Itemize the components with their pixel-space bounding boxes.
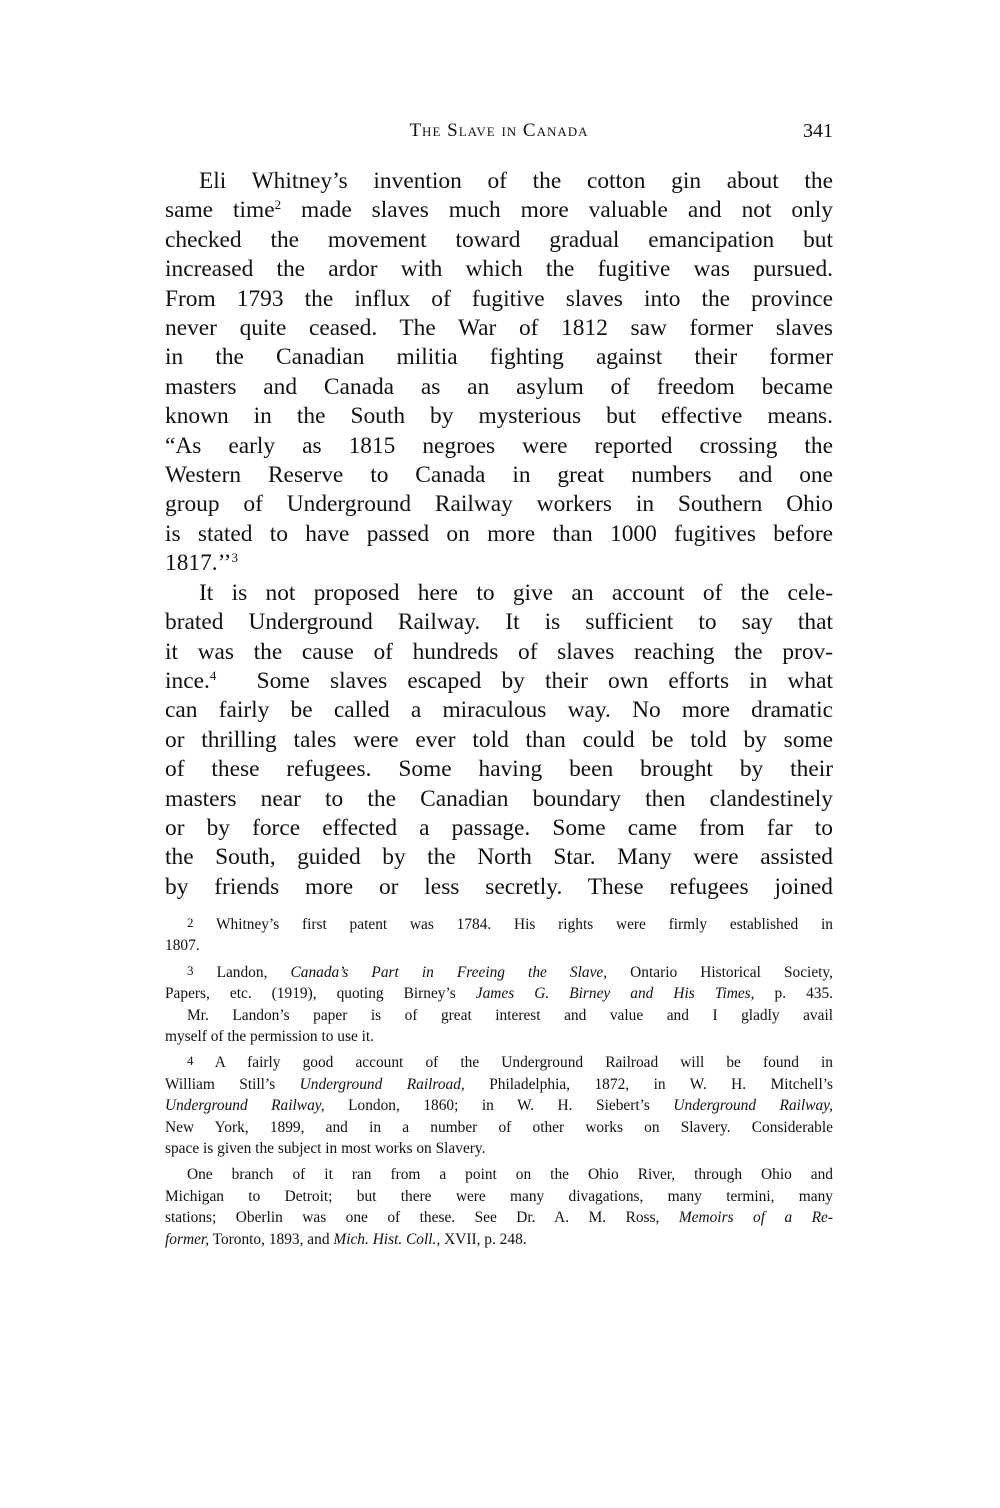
text-line: “As early as 1815 negroes were reported … xyxy=(165,432,833,461)
text-line: 1817.’’3 xyxy=(165,549,833,578)
book-title: Underground Railway, xyxy=(673,1097,833,1114)
text-line: known in the South by mysterious but eff… xyxy=(165,402,833,431)
footnote-marker: 4 xyxy=(187,1053,194,1068)
text-line: stations; Oberlin was one of these. See … xyxy=(165,1207,833,1228)
text-span: Papers, etc. (1919), quoting Birney’s xyxy=(165,985,476,1002)
text-span: Whitney’s first patent was 1784. His rig… xyxy=(216,916,833,933)
text-span: ince. xyxy=(165,668,210,694)
footnote-4: 4 A fairly good account of the Undergrou… xyxy=(165,1052,833,1159)
text-span: 1817.’’ xyxy=(165,550,231,576)
page-number: 341 xyxy=(803,120,833,143)
text-line: 4 A fairly good account of the Undergrou… xyxy=(165,1052,833,1073)
text-span: p. 435. xyxy=(755,985,834,1002)
text-line: the South, guided by the North Star. Man… xyxy=(165,843,833,872)
book-title: Memoirs of a Re- xyxy=(679,1209,833,1226)
text-span: William Still’s xyxy=(165,1076,300,1093)
text-line: or thrilling tales were ever told than c… xyxy=(165,726,833,755)
text-line: by friends more or less secretly. These … xyxy=(165,873,833,902)
footnotes: 2 Whitney’s first patent was 1784. His r… xyxy=(165,914,833,1255)
text-line: One branch of it ran from a point on the… xyxy=(165,1164,833,1185)
footnote-marker: 2 xyxy=(187,915,194,930)
text-line: 3 Landon, Canada’s Part in Freeing the S… xyxy=(165,962,833,983)
text-line: New York, 1899, and in a number of other… xyxy=(165,1117,833,1138)
text-line: masters and Canada as an asylum of freed… xyxy=(165,373,833,402)
text-line: former, Toronto, 1893, and Mich. Hist. C… xyxy=(165,1229,833,1250)
paragraph-1: Eli Whitney’s invention of the cotton gi… xyxy=(165,167,833,579)
text-span: London, 1860; in W. H. Siebert’s xyxy=(325,1097,674,1114)
text-line: Michigan to Detroit; but there were many… xyxy=(165,1186,833,1207)
book-title: Canada’s Part in Freeing the Slave, xyxy=(290,964,607,981)
text-line: masters near to the Canadian boundary th… xyxy=(165,785,833,814)
text-span: XVII, p. 248. xyxy=(440,1231,526,1248)
text-span: Landon, xyxy=(217,964,291,981)
text-line: never quite ceased. The War of 1812 saw … xyxy=(165,314,833,343)
text-span: stations; Oberlin was one of these. See … xyxy=(165,1209,679,1226)
book-title: Mich. Hist. Coll., xyxy=(333,1231,440,1248)
text-span: Ontario Historical Society, xyxy=(607,964,833,981)
book-title: Underground Railroad, xyxy=(300,1076,465,1093)
text-line: Mr. Landon’s paper is of great interest … xyxy=(165,1005,833,1026)
text-line: ince.4 Some slaves escaped by their own … xyxy=(165,667,833,696)
footnote-ref[interactable]: 3 xyxy=(231,550,238,565)
running-header: The Slave in Canada 341 xyxy=(165,118,833,148)
text-line: Eli Whitney’s invention of the cotton gi… xyxy=(165,167,833,196)
paragraph-2: It is not proposed here to give an accou… xyxy=(165,579,833,902)
text-span: same time xyxy=(165,197,275,223)
text-line: of these refugees. Some having been brou… xyxy=(165,755,833,784)
text-span: A fairly good account of the Underground… xyxy=(215,1054,833,1071)
footnote-ref[interactable]: 4 xyxy=(210,668,217,683)
text-line: From 1793 the influx of fugitive slaves … xyxy=(165,285,833,314)
text-line: It is not proposed here to give an accou… xyxy=(165,579,833,608)
text-span: Some slaves escaped by their own efforts… xyxy=(257,668,833,694)
text-line: can fairly be called a miraculous way. N… xyxy=(165,696,833,725)
text-line: group of Underground Railway workers in … xyxy=(165,490,833,519)
text-line: is stated to have passed on more than 10… xyxy=(165,520,833,549)
footnote-4-continued: One branch of it ran from a point on the… xyxy=(165,1164,833,1250)
text-line: 1807. xyxy=(165,935,833,956)
main-text: Eli Whitney’s invention of the cotton gi… xyxy=(165,167,833,902)
book-title: Underground Railway, xyxy=(165,1097,325,1114)
text-line: Western Reserve to Canada in great numbe… xyxy=(165,461,833,490)
text-line: space is given the subject in most works… xyxy=(165,1138,833,1159)
text-line: it was the cause of hundreds of slaves r… xyxy=(165,638,833,667)
text-span: made slaves much more valuable and not o… xyxy=(301,197,833,223)
text-line: William Still’s Underground Railroad, Ph… xyxy=(165,1074,833,1095)
text-line: in the Canadian militia fighting against… xyxy=(165,343,833,372)
footnote-marker: 3 xyxy=(187,963,194,978)
text-line: 2 Whitney’s first patent was 1784. His r… xyxy=(165,914,833,935)
text-span: Philadelphia, 1872, in W. H. Mitchell’s xyxy=(465,1076,833,1093)
text-line: increased the ardor with which the fugit… xyxy=(165,255,833,284)
footnote-3: 3 Landon, Canada’s Part in Freeing the S… xyxy=(165,962,833,1048)
footnote-2: 2 Whitney’s first patent was 1784. His r… xyxy=(165,914,833,957)
text-line: checked the movement toward gradual eman… xyxy=(165,226,833,255)
text-line: myself of the permission to use it. xyxy=(165,1026,833,1047)
book-title: former, xyxy=(165,1231,209,1248)
text-span: Toronto, 1893, and xyxy=(209,1231,333,1248)
running-title: The Slave in Canada xyxy=(165,120,833,142)
text-line: same time2 made slaves much more valuabl… xyxy=(165,196,833,225)
text-line: Underground Railway, London, 1860; in W.… xyxy=(165,1095,833,1116)
text-line: or by force effected a passage. Some cam… xyxy=(165,814,833,843)
text-line: Papers, etc. (1919), quoting Birney’s Ja… xyxy=(165,983,833,1004)
footnote-ref[interactable]: 2 xyxy=(275,197,282,212)
text-line: brated Underground Railway. It is suffic… xyxy=(165,608,833,637)
book-title: James G. Birney and His Times, xyxy=(476,985,755,1002)
